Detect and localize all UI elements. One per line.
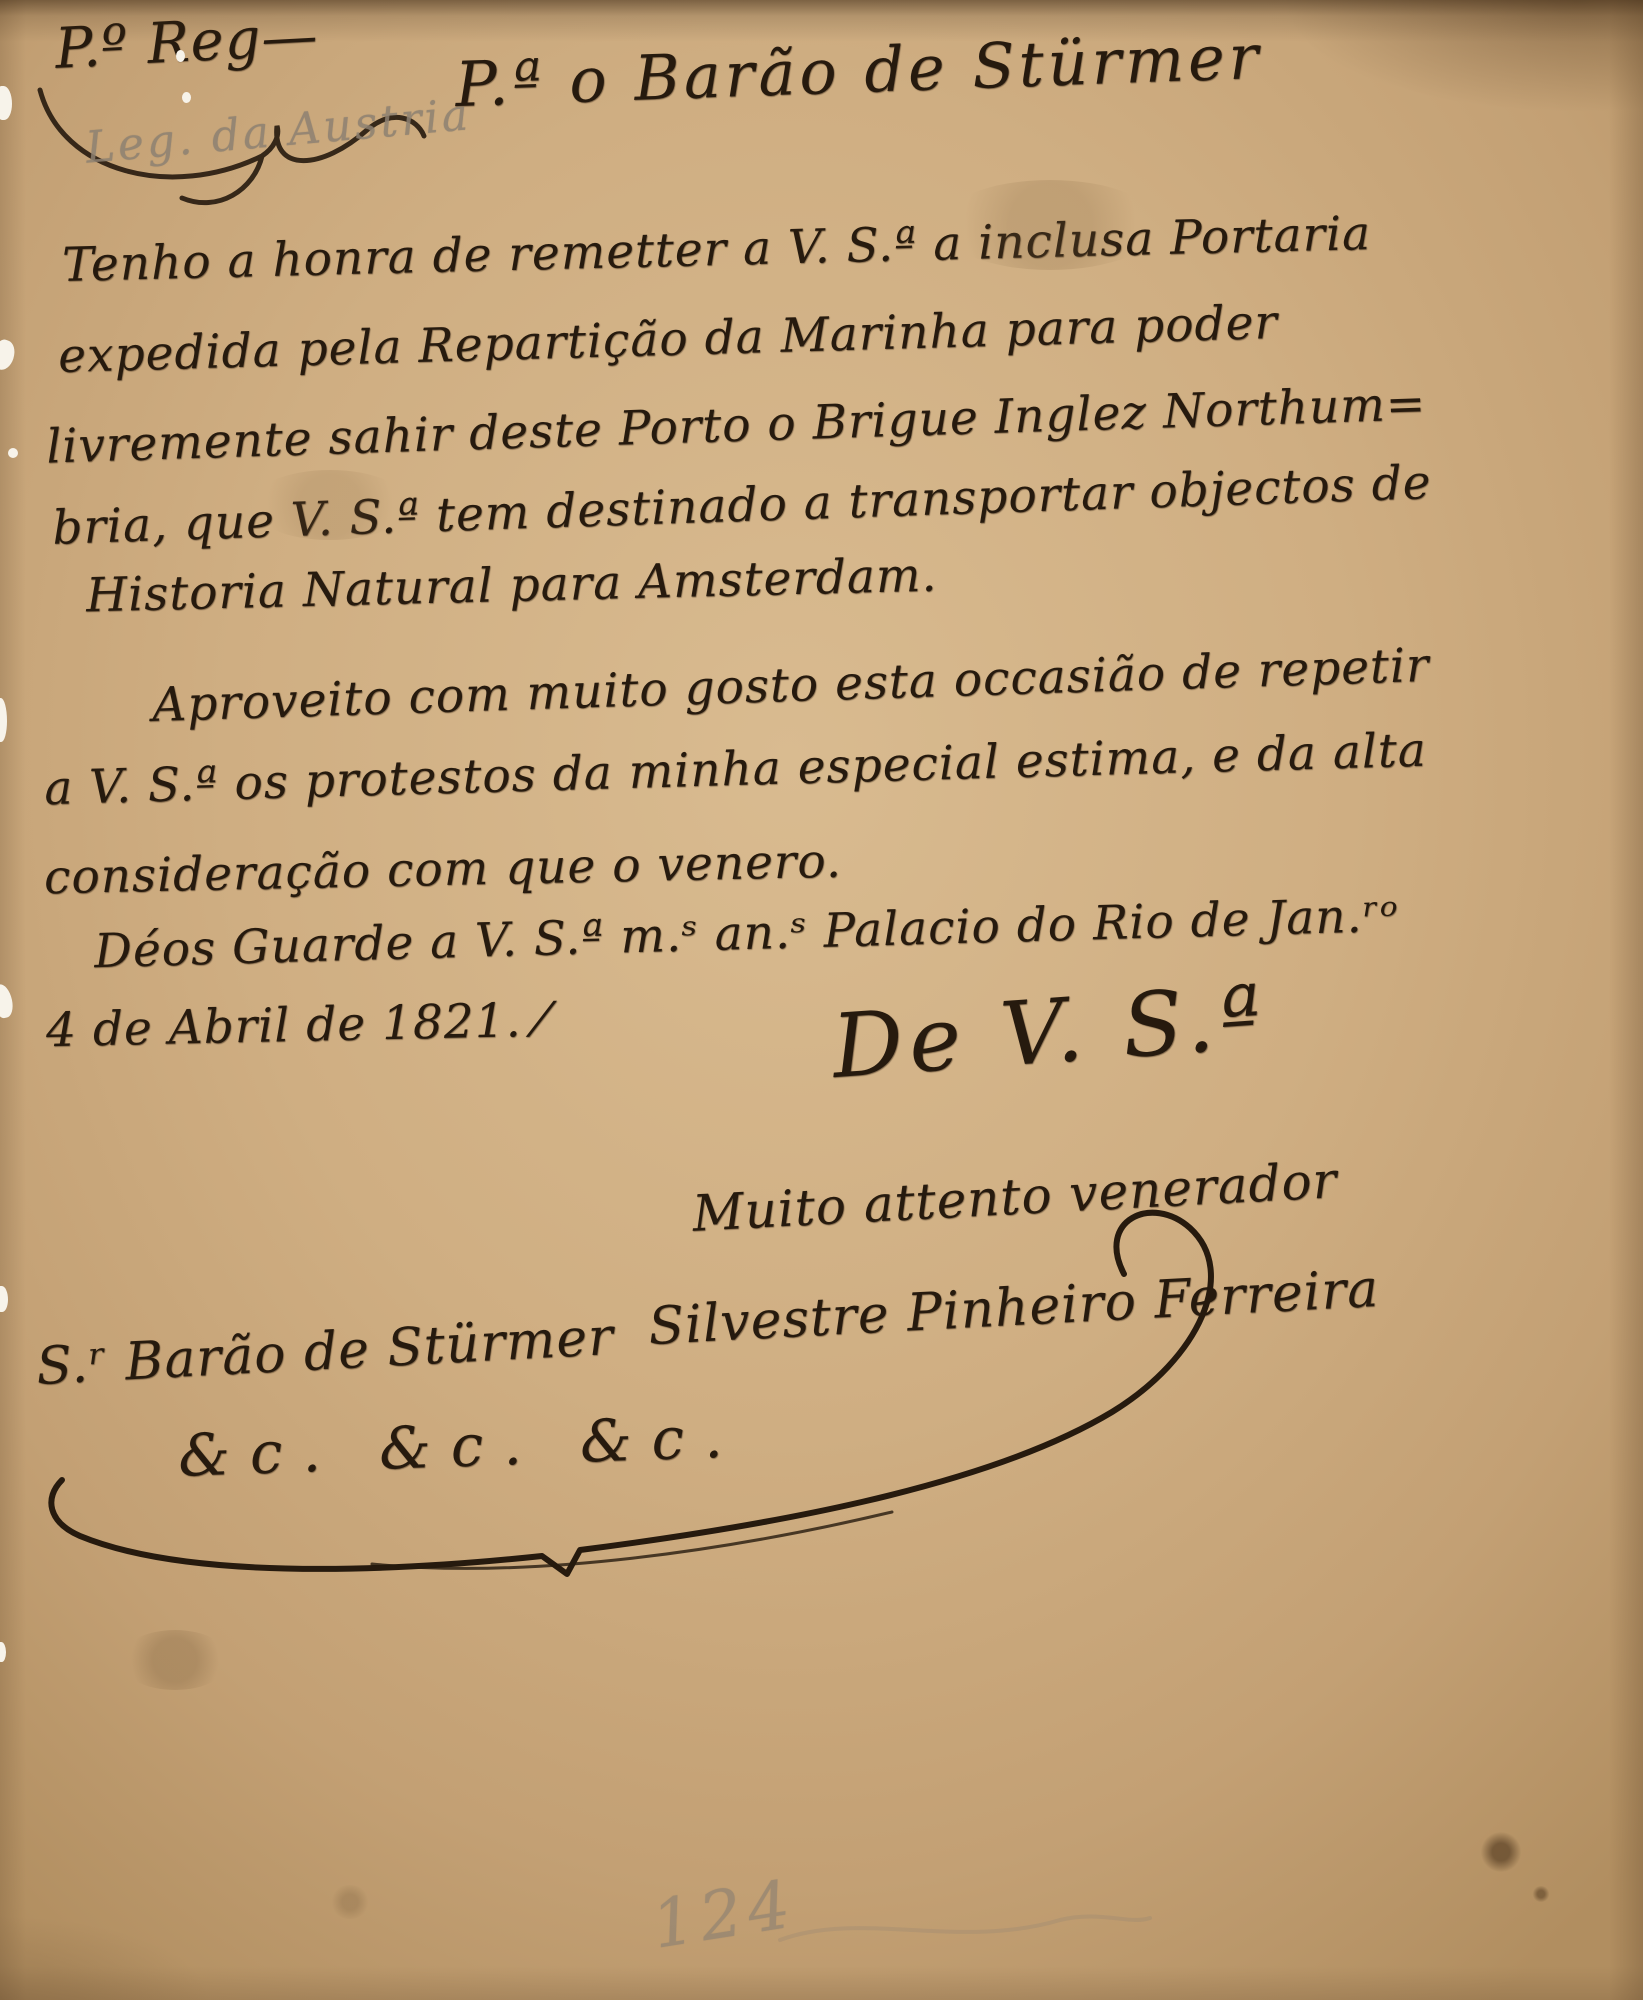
docket-abbreviation: P.º Reg— <box>53 3 319 82</box>
compliment-line: Muito attento venerador <box>691 1151 1339 1243</box>
body-line: Aproveito com muito gosto esta occasião … <box>151 638 1430 733</box>
paper-stain <box>120 1630 230 1690</box>
paper-hole <box>176 50 185 62</box>
body-line: a V. S.ª os protestos da minha especial … <box>44 723 1428 817</box>
body-line: livremente sahir deste Porto o Brigue In… <box>45 376 1426 474</box>
valediction: De V. S.ª <box>829 965 1271 1098</box>
body-line: 4 de Abril de 1821. ⁄ <box>45 993 546 1058</box>
torn-edge-chip <box>0 983 15 1020</box>
torn-edge-chip <box>0 698 7 742</box>
torn-edge-chip <box>0 1286 8 1312</box>
signature: Silvestre Pinheiro Ferreira <box>647 1259 1381 1357</box>
paper-stain <box>330 1885 370 1919</box>
body-line: Tenho a honra de remetter a V. S.ª a inc… <box>62 206 1372 293</box>
torn-edge-chip <box>0 338 18 373</box>
paper-hole <box>182 92 191 103</box>
torn-edge-chip <box>0 86 12 120</box>
manuscript-page: P.º Reg— P.ª o Barão de Stürmer Leg. da … <box>0 0 1643 2000</box>
footer-addressee: S.ʳ Barão de Stürmer <box>35 1307 616 1397</box>
paper-stain <box>1532 1886 1550 1902</box>
etceteras: &c. &c. &c. <box>177 1402 744 1490</box>
pencil-annotation: Leg. da Austria <box>84 89 473 173</box>
body-line: Déos Guarde a V. S.ª m.ˢ an.ˢ Palacio do… <box>93 888 1399 979</box>
body-line: bria, que V. S.ª tem destinado a transpo… <box>51 455 1432 556</box>
body-line: expedida pela Repartição da Marinha para… <box>57 295 1278 384</box>
addressee-heading: P.ª o Barão de Stürmer <box>454 20 1263 121</box>
paper-hole <box>8 448 18 458</box>
torn-edge-chip <box>0 1642 6 1662</box>
paper-stain <box>1480 1832 1522 1872</box>
body-line: Historia Natural para Amsterdam. <box>85 548 938 624</box>
body-line: consideração com que o venero. <box>44 834 843 906</box>
pencil-page-number: 124 <box>647 1865 801 1964</box>
